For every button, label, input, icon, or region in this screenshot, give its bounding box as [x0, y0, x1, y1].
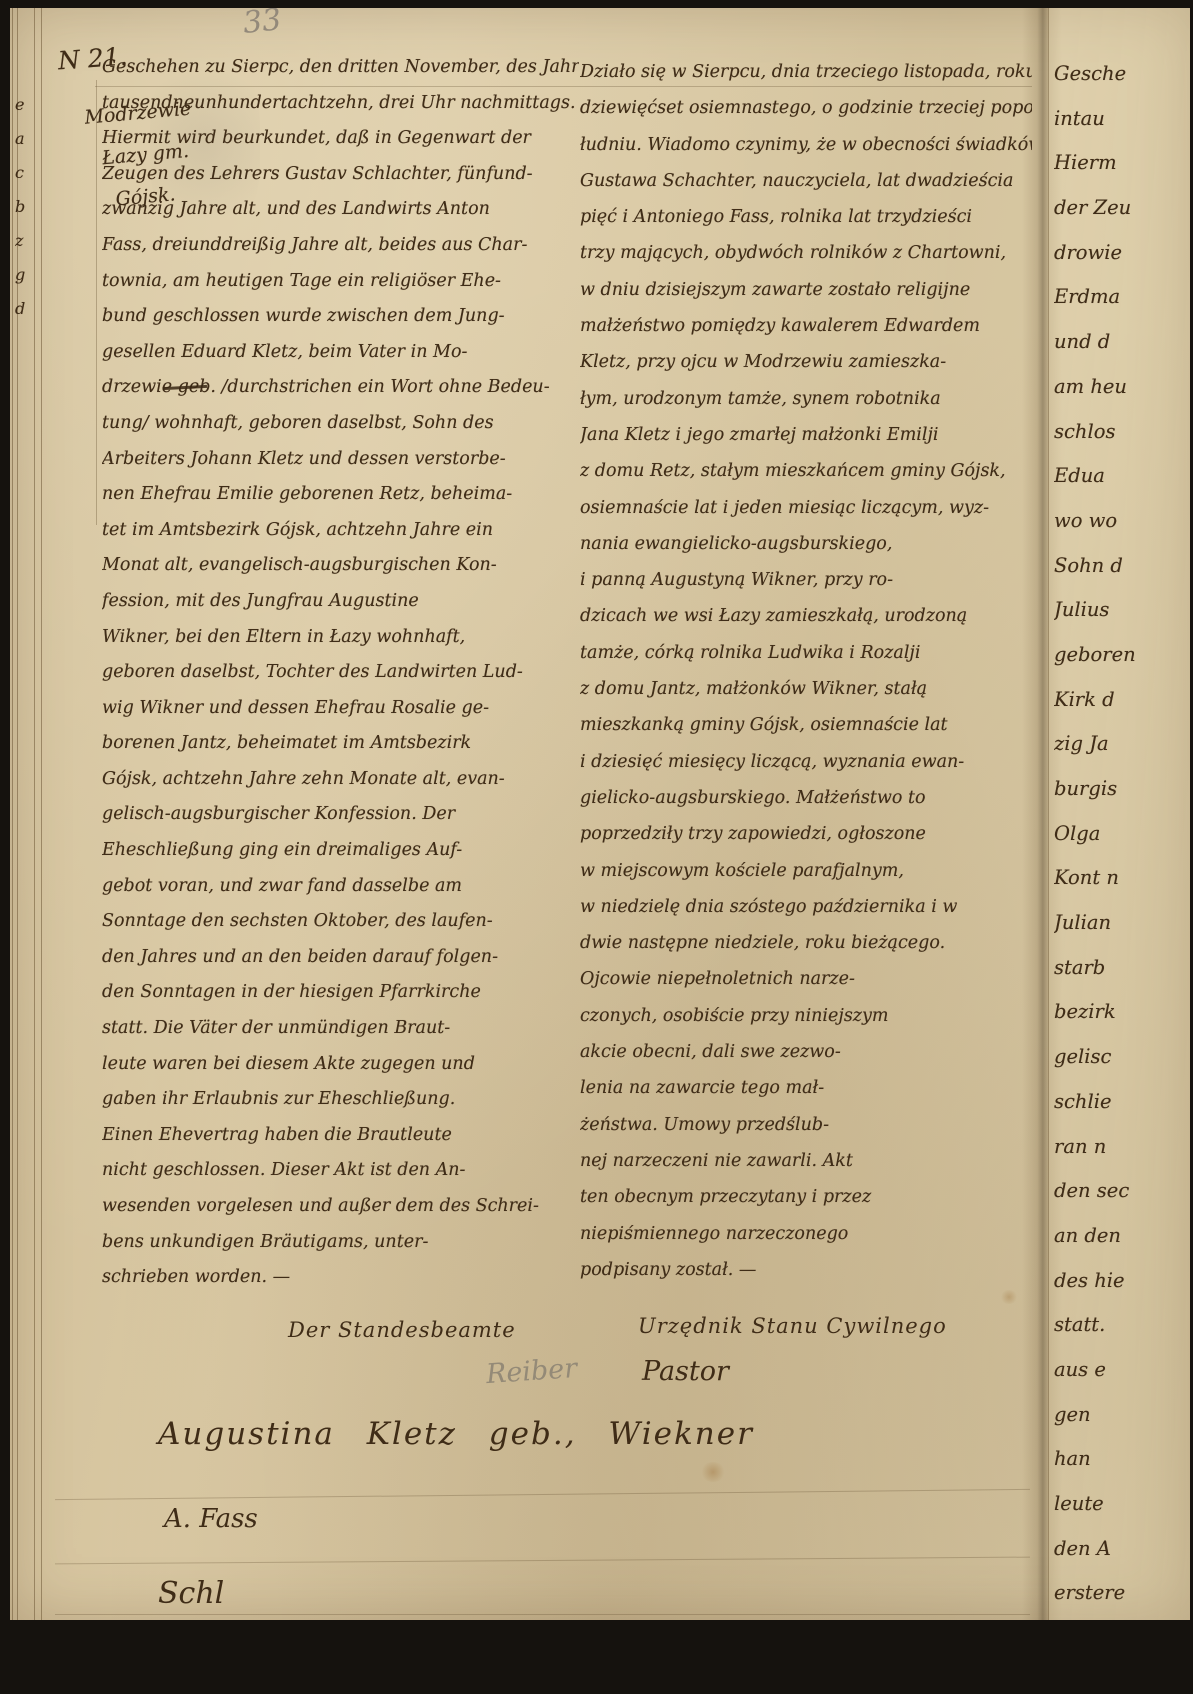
- photo-border-left: [0, 0, 10, 1694]
- text-line: podpisany został. —: [580, 1252, 1032, 1288]
- text-line: gelisc: [1054, 1035, 1191, 1080]
- text-line: am heu: [1054, 365, 1191, 410]
- text-line: b: [15, 190, 41, 224]
- ink-stain: [1000, 1290, 1018, 1304]
- german-entry-column: Geschehen zu Sierpc, den dritten Novembe…: [102, 50, 579, 1296]
- text-line: Kirk d: [1054, 678, 1191, 723]
- photo-border-top: [0, 0, 1193, 8]
- text-line: Zeugen des Lehrers Gustav Schlachter, fü…: [102, 157, 579, 193]
- text-line: statt.: [1054, 1303, 1191, 1348]
- text-line: gebot voran, und zwar fand dasselbe am: [102, 869, 579, 905]
- text-line: zwanzig Jahre alt, und des Landwirts Ant…: [102, 192, 579, 228]
- ink-stain: [700, 1462, 726, 1482]
- text-line: Fass, dreiunddreißig Jahre alt, beides a…: [102, 228, 579, 264]
- text-line: Erdma: [1054, 275, 1191, 320]
- text-line: g: [15, 258, 41, 292]
- text-line: lenia na zawarcie tego mał-: [580, 1070, 1032, 1106]
- text-line: geboren: [1054, 633, 1191, 678]
- text-line: und d: [1054, 320, 1191, 365]
- text-line: Eheschließung ging ein dreimaliges Auf-: [102, 833, 579, 869]
- text-line: pięć i Antoniego Fass, rolnika lat trzyd…: [580, 199, 1032, 235]
- text-line: czonych, osobiście przy niniejszym: [580, 998, 1032, 1034]
- text-line: intau: [1054, 97, 1191, 142]
- text-line: borenen Jantz, beheimatet im Amtsbezirk: [102, 726, 579, 762]
- text-line: Gustawa Schachter, nauczyciela, lat dwad…: [580, 163, 1032, 199]
- polish-entry-column: Działo się w Sierpcu, dnia trzeciego lis…: [580, 54, 1032, 1288]
- text-line: schlos: [1054, 410, 1191, 455]
- text-line: trzy mających, obydwóch rolników z Chart…: [580, 235, 1032, 271]
- text-line: burgis: [1054, 767, 1191, 812]
- text-line: fession, mit des Jungfrau Augustine: [102, 584, 579, 620]
- text-line: tamże, córką rolnika Ludwika i Rozalji: [580, 635, 1032, 671]
- text-line: d: [15, 292, 41, 326]
- text-line: i dziesięć miesięcy liczącą, wyznania ew…: [580, 744, 1032, 780]
- text-line: Sonntage den sechsten Oktober, des laufe…: [102, 904, 579, 940]
- text-line: gielicko-augsburskiego. Małżeństwo to: [580, 780, 1032, 816]
- page-edge-fragments: eacbzgd: [15, 88, 41, 326]
- bride-signature: Augustina Kletz geb., Wiekner: [158, 1416, 754, 1452]
- text-line: w niedzielę dnia szóstego października i…: [580, 889, 1032, 925]
- text-line: Ojcowie niepełnoletnich narze-: [580, 961, 1032, 997]
- text-line: gelisch-augsburgischer Konfession. Der: [102, 797, 579, 833]
- text-line: Hierm: [1054, 141, 1191, 186]
- text-line: Hiermit wird beurkundet, daß in Gegenwar…: [102, 121, 579, 157]
- text-line: z domu Retz, stałym mieszkańcem gminy Gó…: [580, 453, 1032, 489]
- text-line: zig Ja: [1054, 722, 1191, 767]
- text-line: Arbeiters Johann Kletz und dessen versto…: [102, 442, 579, 478]
- scanned-register-page: 33 N 21. ModrzewieŁazy gm.Gójsk. Gescheh…: [0, 0, 1193, 1694]
- text-line: z domu Jantz, małżonków Wikner, stałą: [580, 671, 1032, 707]
- text-line: małżeństwo pomiędzy kawalerem Edwardem: [580, 308, 1032, 344]
- text-line: erstere: [1054, 1571, 1191, 1616]
- text-line: Jana Kletz i jego zmarłej małżonki Emilj…: [580, 417, 1032, 453]
- text-line: nej narzeczeni nie zawarli. Akt: [580, 1143, 1032, 1179]
- text-line: den sec: [1054, 1169, 1191, 1214]
- text-line: tet im Amtsbezirk Gójsk, achtzehn Jahre …: [102, 513, 579, 549]
- text-line: łudniu. Wiadomo czynimy, że w obecności …: [580, 127, 1032, 163]
- text-line: niepiśmiennego narzeczonego: [580, 1216, 1032, 1252]
- text-line: an den: [1054, 1214, 1191, 1259]
- text-line: aus e: [1054, 1348, 1191, 1393]
- page-edge-line: [41, 8, 42, 1620]
- text-line: gaben ihr Erlaubnis zur Eheschließung.: [102, 1082, 579, 1118]
- text-line: den Sonntagen in der hiesigen Pfarrkirch…: [102, 975, 579, 1011]
- page-edge-line: [12, 8, 13, 1620]
- text-line: w dniu dzisiejszym zawarte zostało relig…: [580, 272, 1032, 308]
- text-line: łym, urodzonym tamże, synem robotnika: [580, 381, 1032, 417]
- registrar-label-german: Der Standesbeamte: [288, 1318, 516, 1342]
- text-line: Olga: [1054, 812, 1191, 857]
- text-line: c: [15, 156, 41, 190]
- adjacent-page-column: GescheintauHiermder ZeudrowieErdmaund da…: [1054, 52, 1191, 1616]
- text-line: schrieben worden. —: [102, 1260, 579, 1296]
- text-line: Monat alt, evangelisch-augsburgischen Ko…: [102, 548, 579, 584]
- text-line: osiemnaście lat i jeden miesiąc liczącym…: [580, 490, 1032, 526]
- text-line: nen Ehefrau Emilie geborenen Retz, behei…: [102, 477, 579, 513]
- text-line: Sohn d: [1054, 544, 1191, 589]
- text-line: mieszkanką gminy Gójsk, osiemnaście lat: [580, 707, 1032, 743]
- text-line: Julius: [1054, 588, 1191, 633]
- text-line: schlie: [1054, 1080, 1191, 1125]
- text-line: han: [1054, 1437, 1191, 1482]
- text-line: Julian: [1054, 901, 1191, 946]
- registrar-label-polish: Urzędnik Stanu Cywilnego: [638, 1314, 947, 1338]
- witness-signature: A. Fass: [164, 1504, 258, 1534]
- text-line: ten obecnym przeczytany i przez: [580, 1179, 1032, 1215]
- text-line: wo wo: [1054, 499, 1191, 544]
- text-line: leute waren bei diesem Akte zugegen und: [102, 1047, 579, 1083]
- text-line: żeństwa. Umowy przedślub-: [580, 1107, 1032, 1143]
- text-line: leute: [1054, 1482, 1191, 1527]
- text-line: gen: [1054, 1393, 1191, 1438]
- text-line: a: [15, 122, 41, 156]
- text-line: statt. Die Väter der unmündigen Braut-: [102, 1011, 579, 1047]
- text-line: i panną Augustyną Wikner, przy ro-: [580, 562, 1032, 598]
- text-line: Wikner, bei den Eltern in Łazy wohnhaft,: [102, 620, 579, 656]
- registrar-signature-pencil: Reiber: [485, 1353, 578, 1390]
- text-line: den Jahres und an den beiden darauf folg…: [102, 940, 579, 976]
- registrar-title: Pastor: [642, 1356, 729, 1387]
- text-line: Działo się w Sierpcu, dnia trzeciego lis…: [580, 54, 1032, 90]
- text-line: tung/ wohnhaft, geboren daselbst, Sohn d…: [102, 406, 579, 442]
- text-line: bezirk: [1054, 990, 1191, 1035]
- text-line: akcie obecni, dali swe zezwo-: [580, 1034, 1032, 1070]
- text-line: dzicach we wsi Łazy zamieszkałą, urodzon…: [580, 598, 1032, 634]
- text-line: wesenden vorgelesen und außer dem des Sc…: [102, 1189, 579, 1225]
- text-line: nania ewangielicko-augsburskiego,: [580, 526, 1032, 562]
- text-line: Kont n: [1054, 856, 1191, 901]
- text-line: bund geschlossen wurde zwischen dem Jung…: [102, 299, 579, 335]
- text-line: gesellen Eduard Kletz, beim Vater in Mo-: [102, 335, 579, 371]
- text-line: der Zeu: [1054, 186, 1191, 231]
- text-line: ran n: [1054, 1125, 1191, 1170]
- ruled-line: [55, 1614, 1030, 1615]
- text-line: Geschehen zu Sierpc, den dritten Novembe…: [102, 50, 579, 86]
- text-line: dwie następne niedziele, roku bieżącego.: [580, 925, 1032, 961]
- text-line: den A: [1054, 1527, 1191, 1572]
- text-line: des hie: [1054, 1259, 1191, 1304]
- text-line: dziewięćset osiemnastego, o godzinie trz…: [580, 90, 1032, 126]
- text-line: Gesche: [1054, 52, 1191, 97]
- text-line: wig Wikner und dessen Ehefrau Rosalie ge…: [102, 691, 579, 727]
- text-line: tausendneunhundertachtzehn, drei Uhr nac…: [102, 86, 579, 122]
- text-line: w miejscowym kościele parafjalnym,: [580, 853, 1032, 889]
- text-line: drowie: [1054, 231, 1191, 276]
- text-line: poprzedziły trzy zapowiedzi, ogłoszone: [580, 816, 1032, 852]
- text-line: geboren daselbst, Tochter des Landwirten…: [102, 655, 579, 691]
- partial-signature: Schl: [158, 1576, 224, 1611]
- text-line: z: [15, 224, 41, 258]
- photo-border-bottom: [0, 1620, 1193, 1694]
- text-line: bens unkundigen Bräutigams, unter-: [102, 1225, 579, 1261]
- text-line: nicht geschlossen. Dieser Akt ist den An…: [102, 1153, 579, 1189]
- text-line: Kletz, przy ojcu w Modrzewiu zamieszka-: [580, 344, 1032, 380]
- text-line: starb: [1054, 946, 1191, 991]
- text-line: Gójsk, achtzehn Jahre zehn Monate alt, e…: [102, 762, 579, 798]
- text-line: e: [15, 88, 41, 122]
- text-line: Edua: [1054, 454, 1191, 499]
- text-line: townia, am heutigen Tage ein religiöser …: [102, 264, 579, 300]
- text-line: Einen Ehevertrag haben die Brautleute: [102, 1118, 579, 1154]
